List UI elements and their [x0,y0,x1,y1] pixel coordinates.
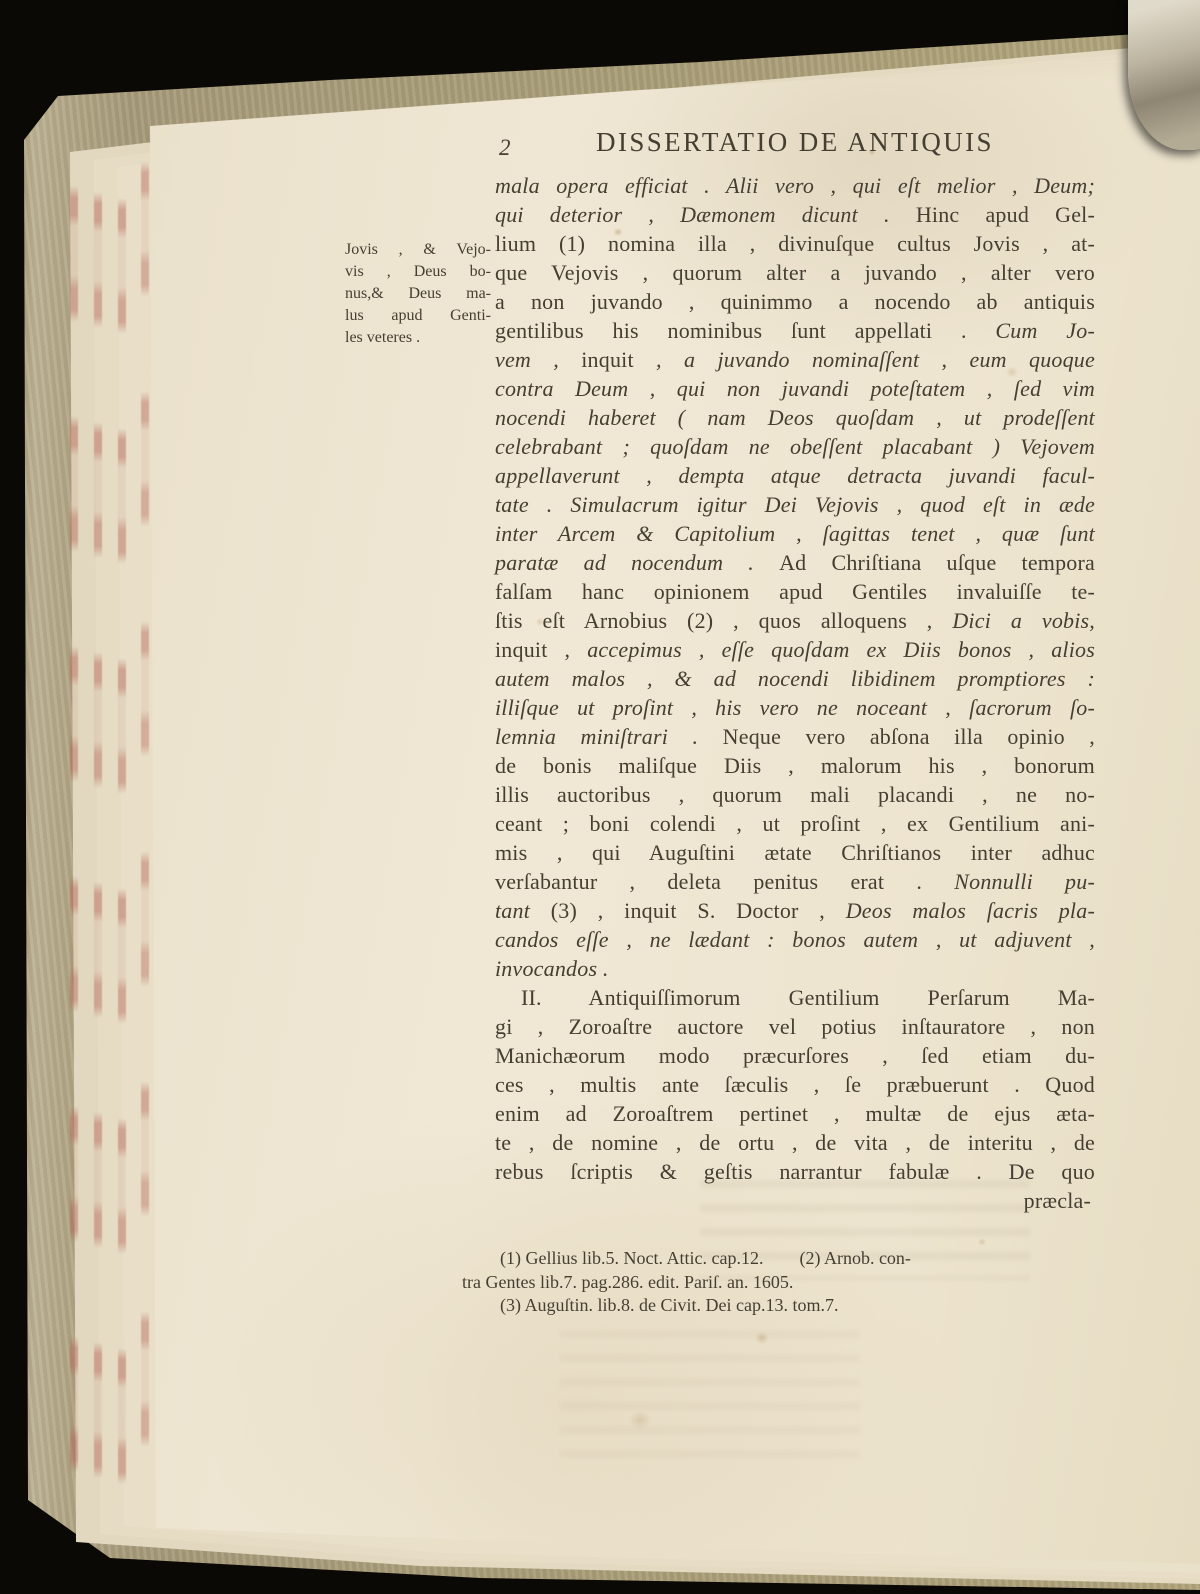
body-segment: Manichæorum modo præcurſores , ſed etiam… [495,1043,1095,1068]
body-line: inter Arcem & Capitolium , ſagittas tene… [495,519,1095,548]
body-segment: te , de nomine , de ortu , de vita , de … [495,1130,1095,1155]
body-segment-italic: tate . Simulacrum igitur Dei Vejovis , q… [495,492,1095,517]
fore-edge-speckle [94,166,102,1534]
page-number: 2 [499,135,511,161]
body-line: gi , Zoroaſtre auctore vel potius inſtau… [495,1012,1095,1041]
body-segment: inquit , [495,637,587,662]
body-segment: (3) , inquit S. Doctor , [551,898,846,923]
body-line: invocandos . [495,954,1095,983]
body-segment: a non juvando , quinimmo a nocendo ab an… [495,289,1095,314]
body-line: inquit , accepimus , eſſe quoſdam ex Dii… [495,635,1095,664]
body-segment-italic: tant [495,898,551,923]
body-segment: Neque vero abſona illa opinio , [723,724,1095,749]
fore-edge-speckle [118,172,126,1526]
footnote-line: (3) Auguſtin. lib.8. de Civit. Dei cap.1… [462,1294,1094,1318]
body-line: contra Deum , qui non juvandi poteſtatem… [495,374,1095,403]
body-segment-italic: inter Arcem & Capitolium , ſagittas tene… [495,521,1095,546]
body-segment-italic: candos eſſe , ne lædant : bonos autem , … [495,927,1095,952]
body-segment: ceant ; boni colendi , ut proſint , ex G… [495,811,1095,836]
body-line: appellaverunt , dempta atque detracta ju… [495,461,1095,490]
body-line: lemnia miniſtrari . Neque vero abſona il… [495,722,1095,751]
body-line: autem malos , & ad nocendi libidinem pro… [495,664,1095,693]
body-segment-italic: celebrabant ; quoſdam ne obeſſent placab… [495,434,1095,459]
body-line: ces , multis ante ſæculis , ſe præbuerun… [495,1070,1095,1099]
body-line: qui deterior , Dæmonem dicunt . Hinc apu… [495,200,1095,229]
running-title: DISSERTATIO DE ANTIQUIS [596,127,994,158]
margin-note-line: lus apud Genti- [345,305,491,327]
footnotes: (1) Gellius lib.5. Noct. Attic. cap.12. … [462,1247,1094,1318]
body-segment: enim ad Zoroaſtrem pertinet , multæ de e… [495,1101,1095,1126]
body-segment-italic: autem malos , & ad nocendi libidinem pro… [495,666,1095,691]
body-line: candos eſſe , ne lædant : bonos autem , … [495,925,1095,954]
body-line: tant (3) , inquit S. Doctor , Deos malos… [495,896,1095,925]
footnote-line: tra Gentes lib.7. pag.286. edit. Pariſ. … [462,1271,1094,1295]
body-line: gentilibus his nominibus ſunt appellati … [495,316,1095,345]
body-segment-italic: mala opera efficiat . Alii vero , qui eſ… [495,173,1095,198]
body-segment-italic: vem , [495,347,581,372]
body-segment: ſtis eſt Arnobius (2) , quos alloquens , [495,608,952,633]
body-line: ceant ; boni colendi , ut proſint , ex G… [495,809,1095,838]
fore-edge-speckle [141,135,149,1527]
body-segment: rebus ſcriptis & geſtis narrantur fabulæ… [495,1159,1095,1184]
body-line: mis , qui Auguſtini ætate Chriſtianos in… [495,838,1095,867]
body-segment: inquit [581,347,656,372]
body-segment: falſam hanc opinionem apud Gentiles inva… [495,579,1095,604]
body-segment-italic: Nonnulli pu- [954,869,1095,894]
body-line: mala opera efficiat . Alii vero , qui eſ… [495,171,1095,200]
margin-note-line: Jovis , & Vejo- [345,239,491,261]
body-line: falſam hanc opinionem apud Gentiles inva… [495,577,1095,606]
body-segment: illis auctoribus , quorum mali placandi … [495,782,1095,807]
body-line: rebus ſcriptis & geſtis narrantur fabulæ… [495,1157,1095,1186]
margin-note-line: nus,& Deus ma- [345,283,491,305]
body-line: vem , inquit , a juvando nominaſſent , e… [495,345,1095,374]
body-segment: de bonis maliſque Diis , malorum his , b… [495,753,1095,778]
body-segment-italic: Cum Jo- [995,318,1095,343]
body-segment: II. Antiquiſſimorum Gentilium Perſarum M… [521,985,1095,1010]
body-line: de bonis maliſque Diis , malorum his , b… [495,751,1095,780]
body-line: illis auctoribus , quorum mali placandi … [495,780,1095,809]
page-header: 2 DISSERTATIO DE ANTIQUIS [495,127,1095,163]
body-segment: ces , multis ante ſæculis , ſe præbuerun… [495,1072,1095,1097]
margin-note-line: les veteres . [345,327,491,349]
book-scan: 2 DISSERTATIO DE ANTIQUIS Jovis , & Vejo… [0,0,1200,1594]
body-segment: Hinc apud Gel- [916,202,1095,227]
body-line: paratæ ad nocendum . Ad Chriſtiana uſque… [495,548,1095,577]
body-segment: lium (1) nomina illa , divinuſque cultus… [495,231,1095,256]
body-line: lium (1) nomina illa , divinuſque cultus… [495,229,1095,258]
body-segment-italic: contra Deum , qui non juvandi poteſtatem… [495,376,1095,401]
body-segment: gentilibus his nominibus ſunt appellati … [495,318,995,343]
body-line: Manichæorum modo præcurſores , ſed etiam… [495,1041,1095,1070]
body-line: a non juvando , quinimmo a nocendo ab an… [495,287,1095,316]
catchword: præcla- [495,1186,1095,1215]
body-segment-italic: accepimus , eſſe quoſdam ex Diis bonos ,… [587,637,1095,662]
body-line: que Vejovis , quorum alter a juvando , a… [495,258,1095,287]
body-line: tate . Simulacrum igitur Dei Vejovis , q… [495,490,1095,519]
body-segment-italic: lemnia miniſtrari . [495,724,723,749]
fore-edge-speckle [70,160,78,1540]
body-segment-italic: invocandos . [495,956,609,981]
body-segment-italic: Deos malos ſacris pla- [846,898,1095,923]
body-line: te , de nomine , de ortu , de vita , de … [495,1128,1095,1157]
body-segment-italic: nocendi haberet ( nam Deos quoſdam , ut … [495,405,1095,430]
body-segment: mis , qui Auguſtini ætate Chriſtianos in… [495,840,1095,865]
ink-bleedthrough [560,1330,860,1470]
body-segment: præcla- [1024,1188,1091,1213]
body-line: II. Antiquiſſimorum Gentilium Perſarum M… [495,983,1095,1012]
body-line: enim ad Zoroaſtrem pertinet , multæ de e… [495,1099,1095,1128]
body-line: verſabantur , deleta penitus erat . Nonn… [495,867,1095,896]
body-segment-italic: , a juvando nominaſſent , eum quoque [656,347,1095,372]
body-line: nocendi haberet ( nam Deos quoſdam , ut … [495,403,1095,432]
body-line: celebrabant ; quoſdam ne obeſſent placab… [495,432,1095,461]
body-segment: gi , Zoroaſtre auctore vel potius inſtau… [495,1014,1095,1039]
margin-note: Jovis , & Vejo-vis , Deus bo-nus,& Deus … [345,239,491,349]
body-text: mala opera efficiat . Alii vero , qui eſ… [495,171,1095,1215]
body-segment-italic: illiſque ut proſint , his vero ne nocean… [495,695,1095,720]
body-segment: que Vejovis , quorum alter a juvando , a… [495,260,1095,285]
body-segment: verſabantur , deleta penitus erat . [495,869,954,894]
margin-note-line: vis , Deus bo- [345,261,491,283]
body-segment-italic: Dici a vobis, [952,608,1095,633]
footnote-line: (1) Gellius lib.5. Noct. Attic. cap.12. … [462,1247,1094,1271]
body-line: ſtis eſt Arnobius (2) , quos alloquens ,… [495,606,1095,635]
body-line: illiſque ut proſint , his vero ne nocean… [495,693,1095,722]
body-segment-italic: paratæ ad nocendum . [495,550,779,575]
body-segment-italic: qui deterior , Dæmonem dicunt . [495,202,916,227]
body-segment: Ad Chriſtiana uſque tempora [779,550,1095,575]
body-segment-italic: appellaverunt , dempta atque detracta ju… [495,463,1095,488]
